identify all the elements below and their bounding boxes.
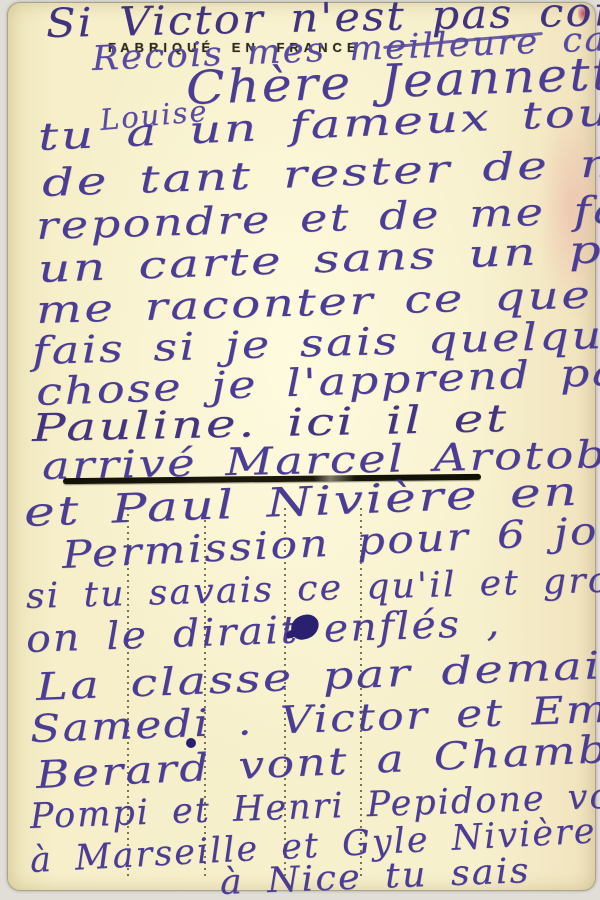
postcard-scan: FABRIQUÉ EN FRANCE Si Victor n'est pas c…	[7, 2, 596, 891]
